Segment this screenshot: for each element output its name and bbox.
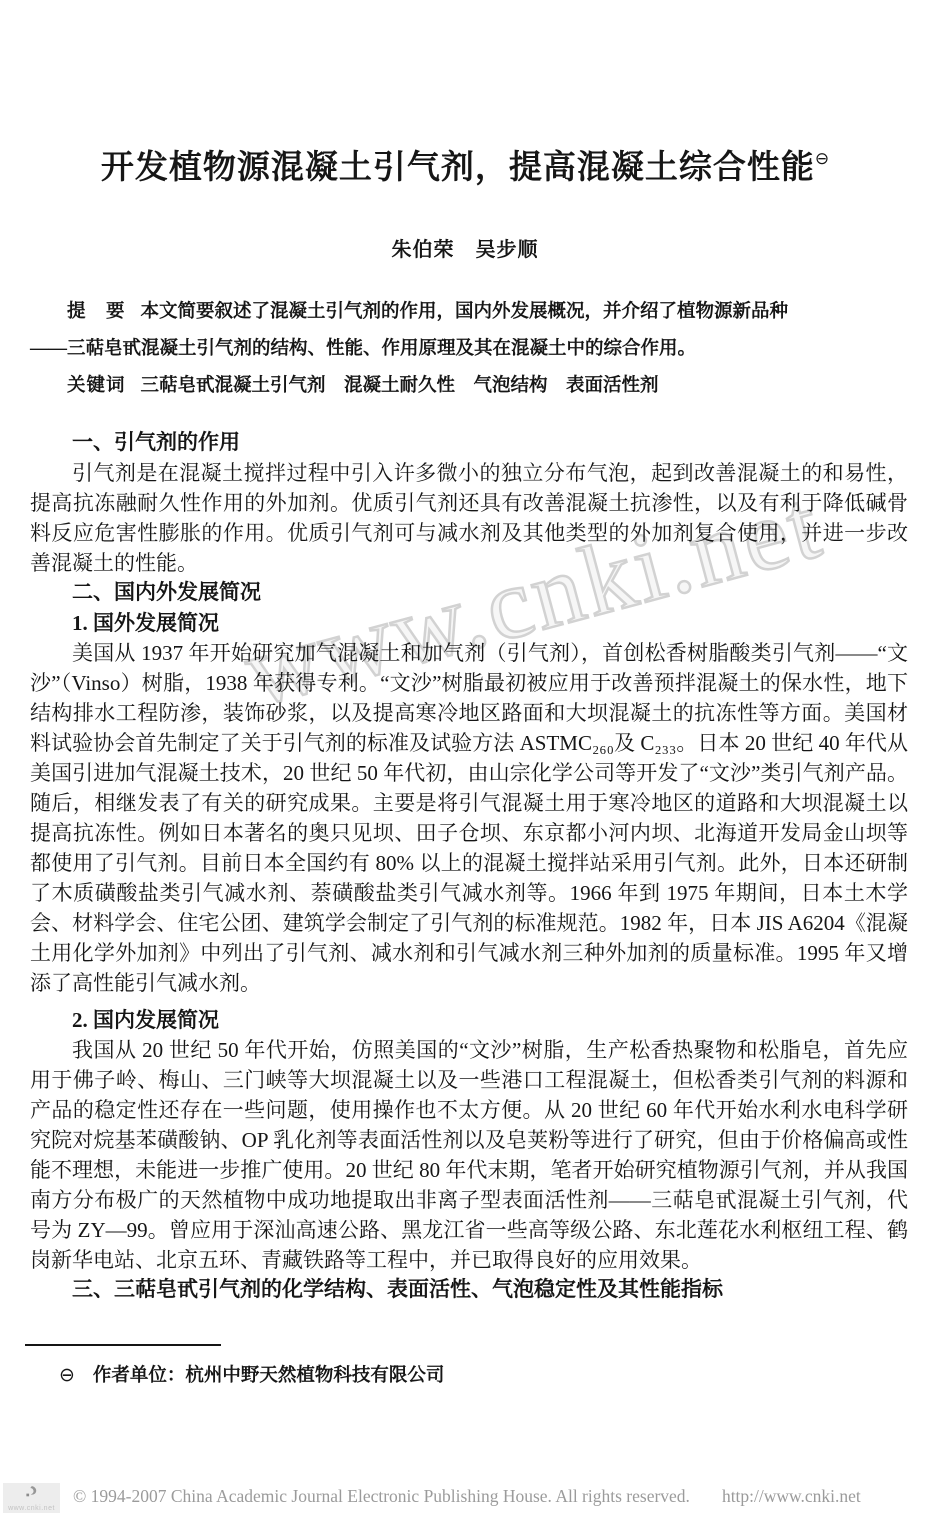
footer-text: © 1994-2007 China Academic Journal Elect… bbox=[73, 1478, 930, 1507]
cnki-logo-url: www.cnki.net bbox=[3, 1505, 60, 1513]
footnote-line: ⊖作者单位：杭州中野天然植物科技有限公司 bbox=[25, 1361, 444, 1387]
keywords-text: 三萜皂甙混凝土引气剂 混凝土耐久性 气泡结构 表面活性剂 bbox=[141, 376, 659, 396]
subsection-heading-1: 1. 国外发展简况 bbox=[30, 608, 908, 638]
footnote-divider bbox=[25, 1344, 221, 1346]
abstract-line-1-text: 本文简要叙述了混凝土引气剂的作用，国内外发展概况，并介绍了植物源新品种 bbox=[141, 302, 789, 322]
section-heading-2: 二、国内外发展简况 bbox=[30, 578, 908, 608]
footnote-mark: ⊖ bbox=[59, 1365, 75, 1386]
keywords-line: 关键词三萜皂甙混凝土引气剂 混凝土耐久性 气泡结构 表面活性剂 bbox=[30, 367, 906, 405]
cnki-logo: www.cnki.net bbox=[3, 1483, 60, 1513]
abstract-line-2: ——三萜皂甙混凝土引气剂的结构、性能、作用原理及其在混凝土中的综合作用。 bbox=[30, 331, 906, 368]
title-footnote-mark: ⊖ bbox=[815, 149, 829, 168]
cnki-swirl-icon bbox=[24, 1487, 39, 1504]
page-title: 开发植物源混凝土引气剂，提高混凝土综合性能⊖ bbox=[0, 141, 930, 188]
page-title-text: 开发植物源混凝土引气剂，提高混凝土综合性能 bbox=[101, 148, 815, 185]
footnote-block: ⊖作者单位：杭州中野天然植物科技有限公司 bbox=[25, 1344, 444, 1387]
footer-url: http://www.cnki.net bbox=[722, 1486, 861, 1506]
subsection-heading-2: 2. 国内发展简况 bbox=[30, 1005, 908, 1035]
footer-copyright: © 1994-2007 China Academic Journal Elect… bbox=[73, 1486, 690, 1506]
page-footer: www.cnki.net © 1994-2007 China Academic … bbox=[0, 1478, 930, 1507]
keywords-label: 关键词 bbox=[67, 374, 126, 395]
section-heading-1: 一、引气剂的作用 bbox=[30, 428, 908, 458]
abstract-label: 提 要 bbox=[67, 300, 126, 321]
footnote-text: 作者单位：杭州中野天然植物科技有限公司 bbox=[93, 1364, 445, 1385]
paragraph-2: 美国从 1937 年开始研究加气混凝土和加气剂（引气剂），首创松香树脂酸类引气剂… bbox=[30, 638, 908, 998]
paragraph-1: 引气剂是在混凝土搅拌过程中引入许多微小的独立分布气泡，起到改善混凝土的和易性，提… bbox=[30, 458, 908, 578]
section-heading-3: 三、三萜皂甙引气剂的化学结构、表面活性、气泡稳定性及其性能指标 bbox=[30, 1275, 908, 1305]
abstract-line-1: 提 要本文简要叙述了混凝土引气剂的作用，国内外发展概况，并介绍了植物源新品种 bbox=[30, 293, 906, 331]
article-body: 一、引气剂的作用 引气剂是在混凝土搅拌过程中引入许多微小的独立分布气泡，起到改善… bbox=[30, 428, 908, 1305]
paragraph-3: 我国从 20 世纪 50 年代开始，仿照美国的“文沙”树脂，生产松香热聚物和松脂… bbox=[30, 1035, 908, 1275]
abstract-block: 提 要本文简要叙述了混凝土引气剂的作用，国内外发展概况，并介绍了植物源新品种 —… bbox=[30, 293, 906, 405]
authors: 朱伯荣 吴步顺 bbox=[0, 233, 930, 262]
